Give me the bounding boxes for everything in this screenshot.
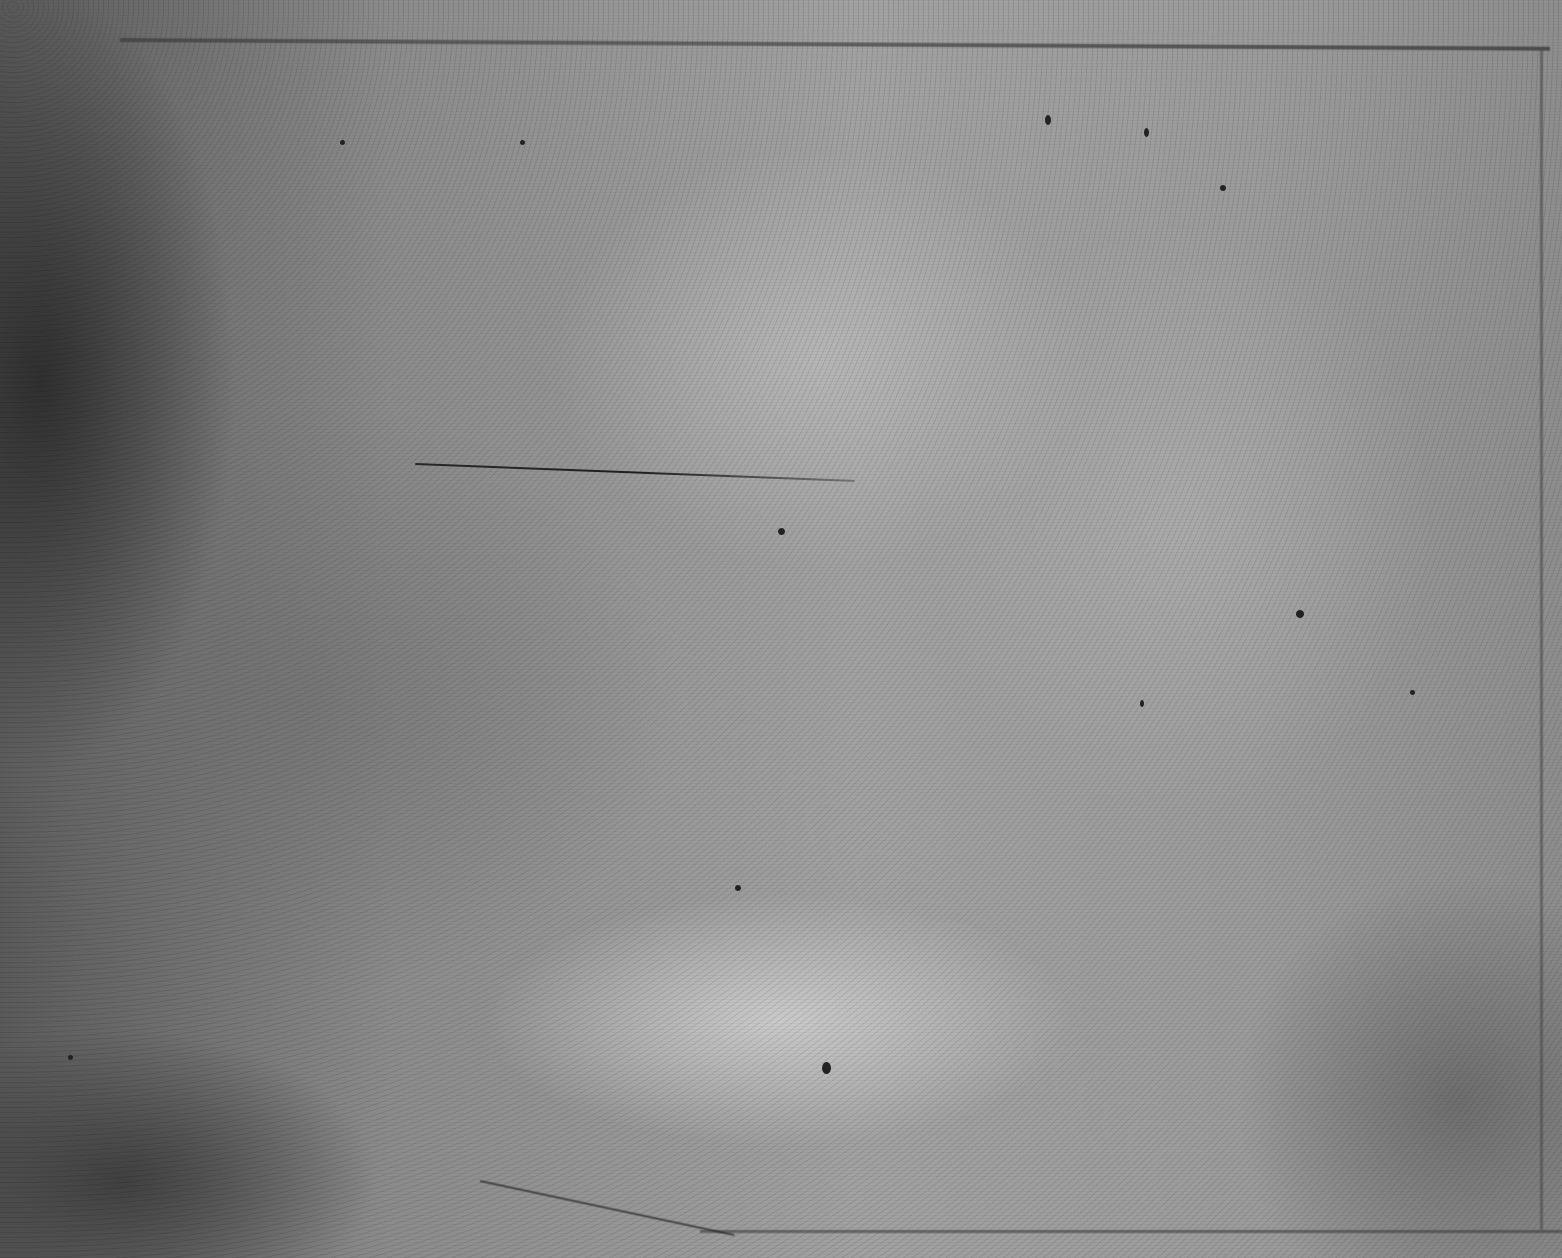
frame-border-bottom (700, 1230, 1562, 1233)
speck (1045, 115, 1051, 125)
speck (340, 140, 345, 145)
weathered-surface-photo: grainy greyscale photograph of a stained… (0, 0, 1562, 1258)
speck (520, 140, 525, 145)
speck (1296, 610, 1304, 618)
speck (735, 885, 741, 891)
speck (1140, 700, 1144, 707)
speck (1410, 690, 1415, 695)
speck (778, 528, 785, 535)
film-grain-texture (0, 0, 1562, 1258)
speck (1144, 128, 1149, 137)
frame-border-right (1540, 50, 1543, 1230)
speck (822, 1062, 831, 1074)
speck (1220, 185, 1226, 191)
speck (68, 1055, 73, 1060)
